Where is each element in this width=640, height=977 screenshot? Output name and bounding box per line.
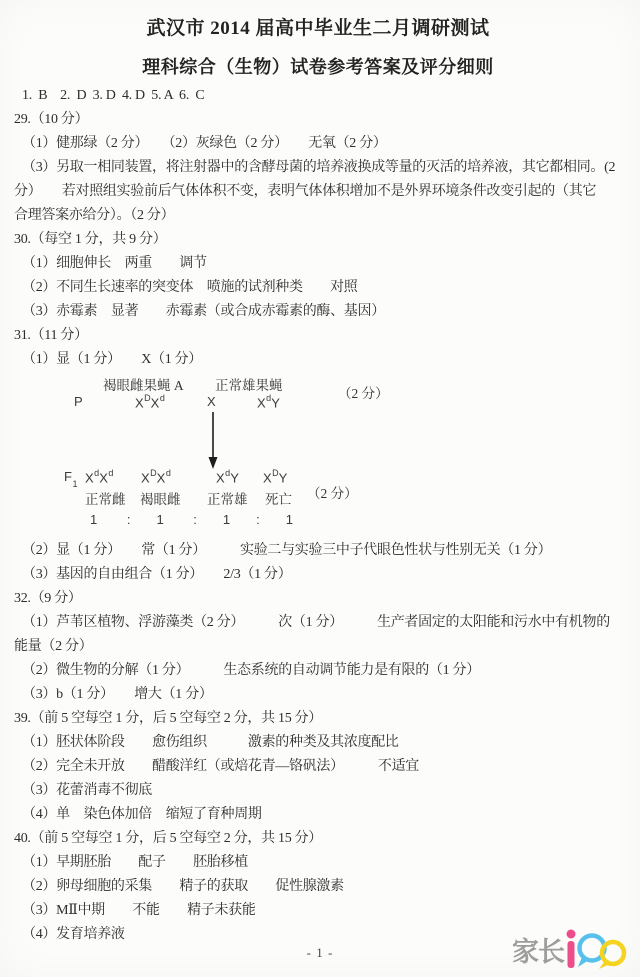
q40-head: 40.（前 5 空每空 1 分，后 5 空每空 2 分，共 15 分） [14, 827, 622, 851]
q39-line-1: （1）胚状体阶段 愈伤组织 激素的种类及其浓度配比 [14, 731, 622, 755]
q31-line-2: （2）显（1 分） 常（1 分） 实验二与实验三中子代眼色性状与性别无关（1 分… [14, 539, 622, 563]
q30-line-2: （2）不同生长速率的突变体 喷施的试剂种类 对照 [14, 276, 622, 300]
q29-line-2: （3）另取一相同装置，将注射器中的含酵母菌的培养液换成等量的灭活的培养液，其它都… [14, 156, 622, 180]
q40-line-2: （2）卵母细胞的采集 精子的获取 促性腺激素 [14, 875, 622, 899]
f1-genotype-4: XDY [263, 469, 288, 485]
q32-line-3: （2）微生物的分解（1 分） 生态系统的自动调节能力是有限的（1 分） [14, 659, 622, 683]
q31-line-3: （3）基因的自由组合（1 分） 2/3（1 分） [14, 563, 622, 587]
f1-phenotype-1: 正常雌 [85, 488, 126, 508]
q32-line-4: （3）b（1 分） 增大（1 分） [14, 683, 622, 707]
p-generation-label: P [74, 394, 83, 409]
page-title: 武汉市 2014 届高中毕业生二月调研测试 [14, 16, 622, 42]
parent-male-genotype: XdY [257, 394, 280, 410]
logo-brand-text: 家长 [512, 930, 564, 969]
choice-answers: 1. B 2. D 3. D 4. D 5. A 6. C [14, 84, 622, 108]
q39-line-2: （2）完全未开放 醋酸洋红（或焙花青—铬矾法） 不适宜 [14, 755, 622, 779]
f1-phenotype-3: 正常雄 [207, 488, 248, 508]
q32-line-1: （1）芦苇区植物、浮游藻类（2 分） 次（1 分） 生产者固定的太阳能和污水中有… [14, 611, 622, 635]
f1-phenotype-4: 死亡 [265, 488, 292, 508]
jiazhang100-logo: 家长 [512, 925, 628, 973]
q39-head: 39.（前 5 空每空 1 分，后 5 空每空 2 分，共 15 分） [14, 707, 622, 731]
f1-genotype-2: XDXd [141, 469, 171, 485]
q39-line-3: （3）花蕾消毒不彻底 [14, 779, 622, 803]
cross-symbol: X [207, 394, 216, 409]
q29-line-4: 合理答案亦给分）。（2 分） [14, 204, 622, 228]
f1-phenotype-2: 褐眼雌 [140, 488, 181, 508]
q40-line-3: （3）MⅡ中期 不能 精子未获能 [14, 899, 622, 923]
q32-head: 32.（9 分） [14, 587, 622, 611]
parent-female-genotype: XDXd [135, 394, 165, 410]
parent-female-label: 褐眼雌果蝇 A [103, 374, 184, 394]
q31-line-1: （1）显（1 分） X（1 分） [14, 348, 622, 372]
p-cross-score: （2 分） [338, 382, 389, 402]
cross-arrow-icon [206, 412, 220, 470]
document-content: 武汉市 2014 届高中毕业生二月调研测试 理科综合（生物）试卷参考答案及评分细… [0, 16, 640, 947]
genetic-cross-diagram: 褐眼雌果蝇 A 正常雄果蝇 （2 分） P XDXd X XdY F1 XdXd… [14, 372, 622, 539]
f1-ratio: 1 : 1 : 1 : 1 [90, 509, 293, 528]
q40-line-1: （1）早期胚胎 配子 胚胎移植 [14, 851, 622, 875]
f1-score: （2 分） [307, 482, 358, 502]
logo-100-icon [564, 925, 628, 973]
f1-genotype-1: XdXd [85, 469, 113, 485]
f1-generation-label: F1 [64, 469, 77, 487]
q31-head: 31.（11 分） [14, 324, 622, 348]
q30-head: 30.（每空 1 分，共 9 分） [14, 228, 622, 252]
q29-line-1: （1）健那绿（2 分） （2）灰绿色（2 分） 无氧（2 分） [14, 132, 622, 156]
f1-genotype-3: XdY [216, 469, 239, 485]
q29-head: 29.（10 分） [14, 108, 622, 132]
page-subtitle: 理科综合（生物）试卷参考答案及评分细则 [14, 54, 622, 80]
q30-line-1: （1）细胞伸长 两重 调节 [14, 252, 622, 276]
q29-line-3: 分） 若对照组实验前后气体体积不变，表明气体体积增加不是外界环境条件改变引起的（… [14, 180, 622, 204]
q30-line-3: （3）赤霉素 显著 赤霉素（或合成赤霉素的酶、基因） [14, 300, 622, 324]
q32-line-2: 能量（2 分） [14, 635, 622, 659]
scanned-answer-sheet: 武汉市 2014 届高中毕业生二月调研测试 理科综合（生物）试卷参考答案及评分细… [0, 0, 640, 977]
q39-line-4: （4）单 染色体加倍 缩短了育种周期 [14, 803, 622, 827]
parent-male-label: 正常雄果蝇 [215, 374, 283, 394]
